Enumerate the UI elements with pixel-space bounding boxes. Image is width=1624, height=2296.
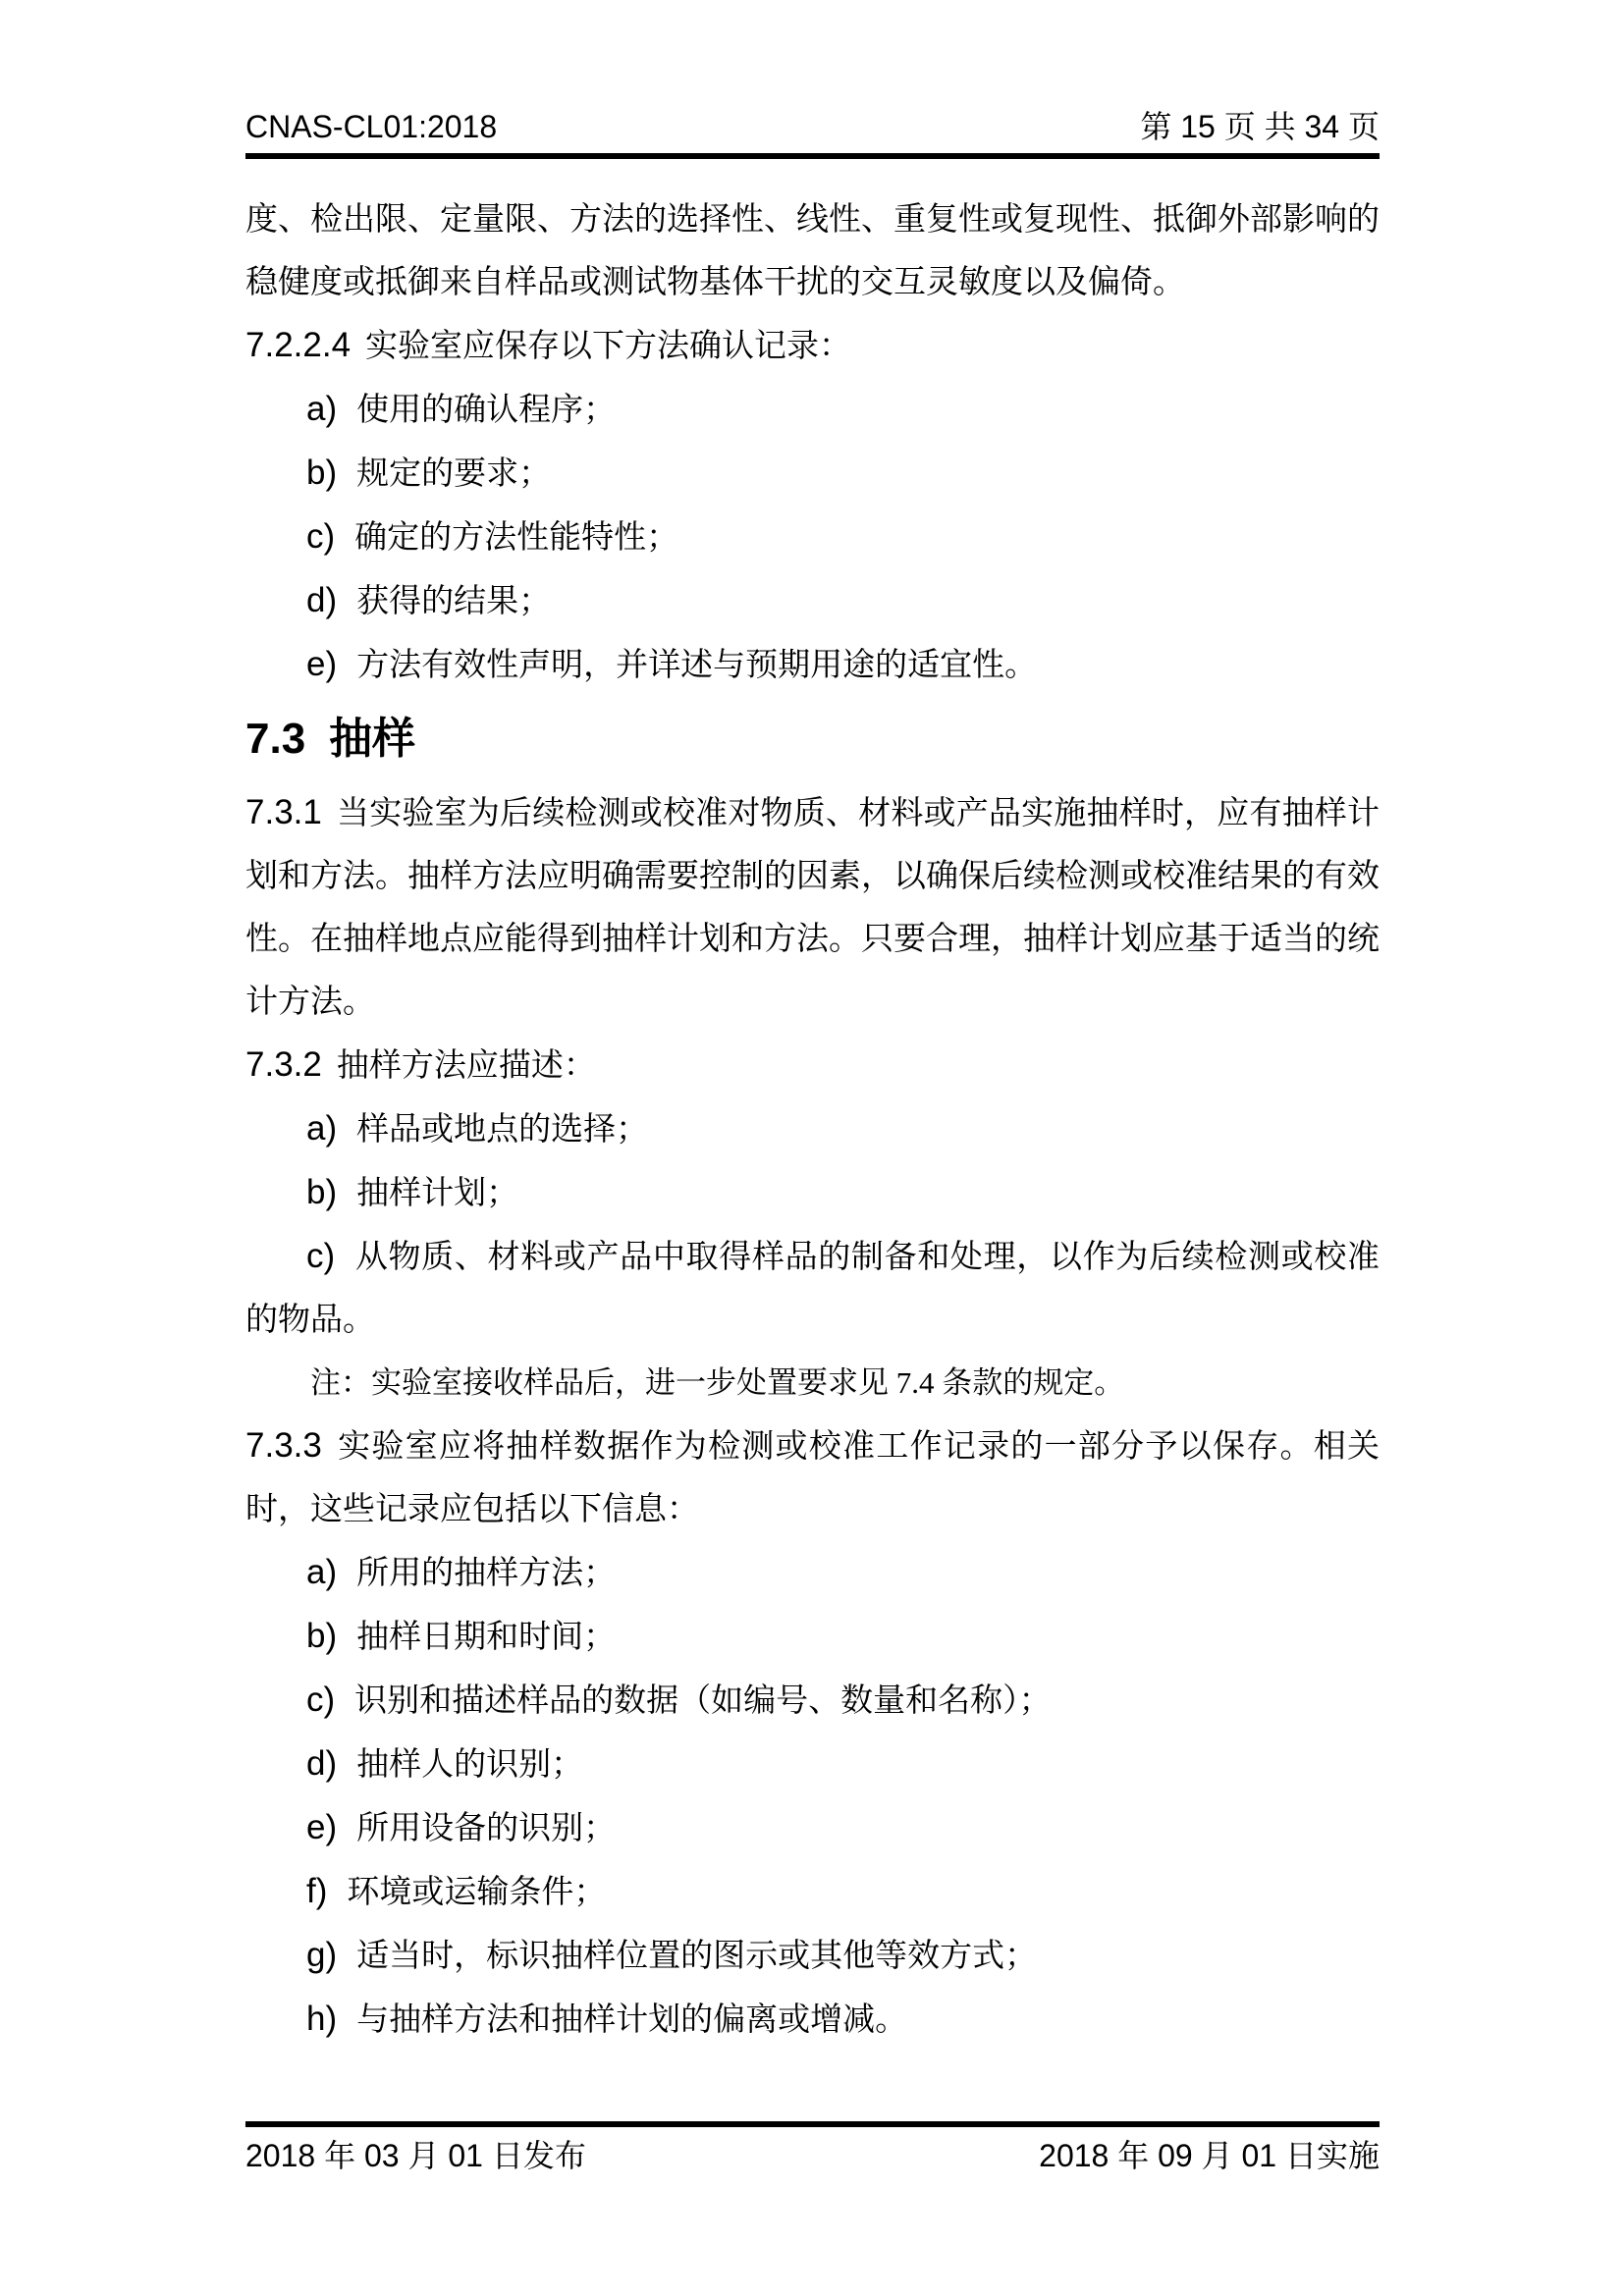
- list-marker: a): [306, 1109, 337, 1148]
- list-item-text: 抽样计划；: [356, 1176, 518, 1211]
- clause-7-2-2-4: 7.2.2.4实验室应保存以下方法确认记录：: [245, 314, 1380, 378]
- list-marker: g): [306, 1936, 337, 1974]
- list-item-g: g)适当时，标识抽样位置的图示或其他等效方式；: [245, 1924, 1380, 1988]
- list-item-text: 确定的方法性能特性；: [354, 520, 678, 556]
- list-item-h: h)与抽样方法和抽样计划的偏离或增减。: [245, 1988, 1380, 2052]
- list-marker: h): [306, 2000, 337, 2038]
- clause-7-3-2: 7.3.2抽样方法应描述：: [245, 1034, 1380, 1097]
- list-item-text: 抽样日期和时间；: [356, 1620, 616, 1655]
- document-page: CNAS-CL01:2018 第 15 页 共 34 页 度、检出限、定量限、方…: [0, 0, 1624, 2296]
- list-marker: b): [306, 1617, 337, 1655]
- note-text: 注：实验室接收样品后，进一步处置要求见 7.4 条款的规定。: [310, 1365, 1124, 1400]
- list-marker: d): [306, 1744, 337, 1783]
- list-item-text: 从物质、材料或产品中取得样品的制备和处理，以作为后续检测或校准的物品。: [245, 1240, 1380, 1338]
- list-item-c: c)从物质、材料或产品中取得样品的制备和处理，以作为后续检测或校准的物品。: [245, 1225, 1380, 1352]
- section-number: 7.3: [245, 715, 305, 763]
- list-item-e: e)所用设备的识别；: [245, 1796, 1380, 1860]
- clause-number: 7.3.1: [245, 793, 322, 831]
- list-item-text: 获得的结果；: [356, 584, 551, 619]
- list-item-text: 方法有效性声明，并详述与预期用途的适宜性。: [356, 648, 1037, 683]
- clause-7-3-3: 7.3.3实验室应将抽样数据作为检测或校准工作记录的一部分予以保存。相关时，这些…: [245, 1415, 1380, 1541]
- header-rule: [245, 153, 1380, 159]
- document-body: 度、检出限、定量限、方法的选择性、线性、重复性或复现性、抵御外部影响的稳健度或抵…: [245, 188, 1380, 2052]
- list-item-d: d)获得的结果；: [245, 569, 1380, 633]
- page-header: CNAS-CL01:2018 第 15 页 共 34 页: [245, 108, 1380, 145]
- clause-number: 7.3.2: [245, 1045, 322, 1084]
- clause-7-3-1: 7.3.1当实验室为后续检测或校准对物质、材料或产品实施抽样时，应有抽样计划和方…: [245, 781, 1380, 1034]
- list-marker: e): [306, 645, 337, 683]
- list-item-d: d)抽样人的识别；: [245, 1733, 1380, 1796]
- list-item-text: 所用的抽样方法；: [356, 1556, 616, 1591]
- footer-rule: [245, 2121, 1380, 2127]
- list-item-text: 识别和描述样品的数据（如编号、数量和名称）；: [354, 1683, 1052, 1719]
- list-item-b: b)抽样计划；: [245, 1161, 1380, 1225]
- clause-number: 7.2.2.4: [245, 326, 351, 364]
- list-marker: b): [306, 454, 337, 492]
- list-marker: c): [306, 517, 335, 556]
- list-item-b: b)规定的要求；: [245, 442, 1380, 506]
- list-marker: c): [306, 1681, 335, 1719]
- list-marker: b): [306, 1173, 337, 1211]
- list-item-b: b)抽样日期和时间；: [245, 1605, 1380, 1669]
- page-footer: 2018 年 03 月 01 日发布 2018 年 09 月 01 日实施: [245, 2121, 1380, 2174]
- clause-text: 抽样方法应描述：: [337, 1048, 596, 1084]
- list-marker: f): [306, 1872, 327, 1910]
- list-item-a: a)所用的抽样方法；: [245, 1541, 1380, 1605]
- list-marker: a): [306, 390, 337, 428]
- continued-paragraph: 度、检出限、定量限、方法的选择性、线性、重复性或复现性、抵御外部影响的稳健度或抵…: [245, 188, 1380, 314]
- list-item-text: 抽样人的识别；: [356, 1747, 583, 1783]
- doc-code: CNAS-CL01:2018: [245, 108, 497, 145]
- list-item-text: 规定的要求；: [356, 456, 551, 492]
- list-marker: e): [306, 1808, 337, 1846]
- clause-number: 7.3.3: [245, 1426, 322, 1465]
- list-item-text: 环境或运输条件；: [347, 1875, 606, 1910]
- footer-dates: 2018 年 03 月 01 日发布 2018 年 09 月 01 日实施: [245, 2137, 1380, 2174]
- section-heading-7-3: 7.3抽样: [245, 707, 1380, 772]
- list-item-c: c)确定的方法性能特性；: [245, 506, 1380, 569]
- list-item-f: f)环境或运输条件；: [245, 1860, 1380, 1924]
- list-item-text: 使用的确认程序；: [356, 393, 616, 428]
- clause-text: 实验室应将抽样数据作为检测或校准工作记录的一部分予以保存。相关时，这些记录应包括…: [245, 1429, 1380, 1527]
- list-item-text: 样品或地点的选择；: [356, 1112, 648, 1148]
- section-title: 抽样: [329, 715, 415, 763]
- list-marker: d): [306, 581, 337, 619]
- page-number: 第 15 页 共 34 页: [1140, 108, 1380, 145]
- implement-date: 2018 年 09 月 01 日实施: [1039, 2137, 1380, 2174]
- list-marker: a): [306, 1553, 337, 1591]
- note: 注：实验室接收样品后，进一步处置要求见 7.4 条款的规定。: [245, 1352, 1380, 1415]
- list-item-a: a)使用的确认程序；: [245, 378, 1380, 442]
- list-item-text: 所用设备的识别；: [356, 1811, 616, 1846]
- list-marker: c): [306, 1237, 335, 1275]
- publish-date: 2018 年 03 月 01 日发布: [245, 2137, 586, 2174]
- list-item-c: c)识别和描述样品的数据（如编号、数量和名称）；: [245, 1669, 1380, 1733]
- list-item-text: 与抽样方法和抽样计划的偏离或增减。: [356, 2002, 907, 2038]
- list-item-text: 适当时，标识抽样位置的图示或其他等效方式；: [356, 1939, 1037, 1974]
- list-item-a: a)样品或地点的选择；: [245, 1097, 1380, 1161]
- list-item-e: e)方法有效性声明，并详述与预期用途的适宜性。: [245, 633, 1380, 697]
- paragraph-text: 度、检出限、定量限、方法的选择性、线性、重复性或复现性、抵御外部影响的稳健度或抵…: [245, 202, 1380, 300]
- clause-text: 实验室应保存以下方法确认记录：: [365, 329, 851, 364]
- clause-text: 当实验室为后续检测或校准对物质、材料或产品实施抽样时，应有抽样计划和方法。抽样方…: [245, 796, 1380, 1020]
